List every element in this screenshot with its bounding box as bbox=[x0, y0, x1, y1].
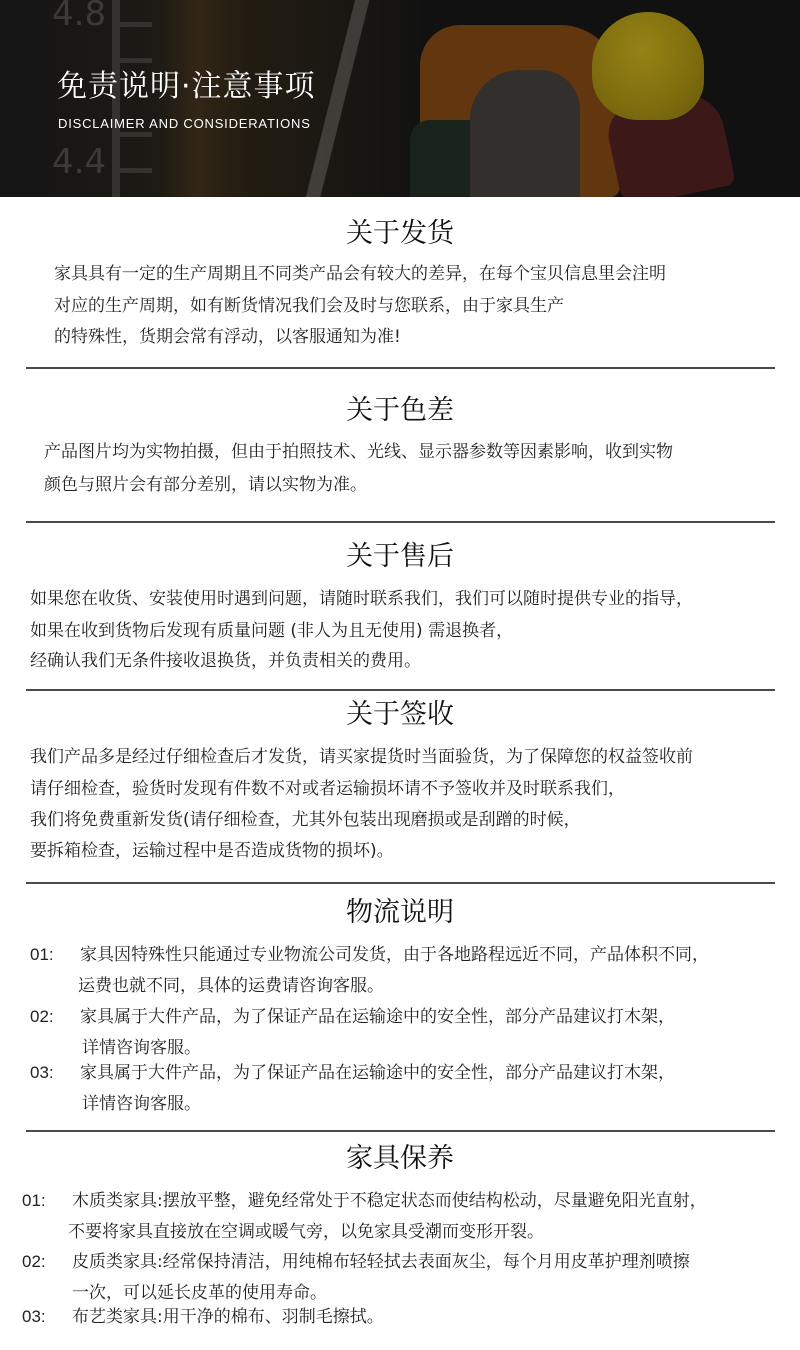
section-divider bbox=[26, 882, 775, 884]
section-title: 物流说明 bbox=[0, 896, 800, 930]
section-divider bbox=[26, 689, 775, 691]
list-item-line: 详情咨询客服。 bbox=[82, 1089, 201, 1119]
paragraph-line: 要拆箱检查，运输过程中是否造成货物的损坏)。 bbox=[30, 836, 394, 866]
section-title: 关于发货 bbox=[0, 217, 800, 251]
section-title: 家具保养 bbox=[0, 1142, 800, 1176]
paragraph-line: 家具具有一定的生产周期且不同类产品会有较大的差异，在每个宝贝信息里会注明 bbox=[54, 259, 666, 289]
section-divider bbox=[26, 367, 775, 369]
paragraph-line: 经确认我们无条件接收退换货，并负责相关的费用。 bbox=[30, 646, 421, 676]
list-item-number: 01: bbox=[22, 1186, 46, 1216]
list-item-line: 家具属于大件产品，为了保证产品在运输途中的安全性，部分产品建议打木架， bbox=[80, 1002, 675, 1032]
paragraph-line: 我们将免费重新发货(请仔细检查，尤其外包装出现磨损或是刮蹭的时候， bbox=[30, 805, 581, 835]
section-divider bbox=[26, 521, 775, 523]
paragraph-line: 的特殊性，货期会常有浮动，以客服通知为准! bbox=[54, 322, 401, 352]
list-item-line: 木质类家具:摆放平整，避免经常处于不稳定状态而使结构松动，尽量避免阳光直射， bbox=[72, 1186, 707, 1216]
paragraph-line: 我们产品多是经过仔细检查后才发货，请买家提货时当面验货，为了保障您的权益签收前 bbox=[30, 742, 693, 772]
section-title: 关于签收 bbox=[0, 698, 800, 732]
paragraph-line: 产品图片均为实物拍摄，但由于拍照技术、光线、显示器参数等因素影响，收到实物 bbox=[44, 437, 673, 467]
page-subtitle: DISCLAIMER AND CONSIDERATIONS bbox=[58, 116, 311, 132]
section-title: 关于色差 bbox=[0, 394, 800, 428]
list-item-number: 01: bbox=[30, 940, 54, 970]
list-item-number: 03: bbox=[30, 1058, 54, 1088]
list-item-line: 运费也就不同，具体的运费请咨询客服。 bbox=[78, 971, 384, 1001]
section-divider bbox=[26, 1130, 775, 1132]
list-item-line: 家具因特殊性只能通过专业物流公司发货，由于各地路程远近不同，产品体积不同， bbox=[80, 940, 709, 970]
section-title: 关于售后 bbox=[0, 540, 800, 574]
paragraph-line: 如果您在收货、安装使用时遇到问题，请随时联系我们，我们可以随时提供专业的指导， bbox=[30, 584, 693, 614]
paragraph-line: 如果在收到货物后发现有质量问题 (非人为且无使用) 需退换者， bbox=[30, 616, 513, 646]
list-item-line: 皮质类家具:经常保持清洁，用纯棉布轻轻拭去表面灰尘，每个月用皮革护理剂喷擦 bbox=[72, 1247, 690, 1277]
list-item-line: 布艺类家具:用干净的棉布、羽制毛擦拭。 bbox=[72, 1302, 384, 1332]
paragraph-line: 对应的生产周期，如有断货情况我们会及时与您联系，由于家具生产 bbox=[54, 291, 564, 321]
header-banner: 4.8 4.4 免责说明·注意事项 DISCLAIMER AND CONSIDE… bbox=[0, 0, 800, 197]
list-item-number: 03: bbox=[22, 1302, 46, 1332]
paragraph-line: 颜色与照片会有部分差别，请以实物为准。 bbox=[44, 470, 367, 500]
list-item-number: 02: bbox=[30, 1002, 54, 1032]
list-item-number: 02: bbox=[22, 1247, 46, 1277]
page-title: 免责说明·注意事项 bbox=[57, 67, 316, 107]
list-item-line: 不要将家具直接放在空调或暖气旁，以免家具受潮而变形开裂。 bbox=[68, 1217, 544, 1247]
paragraph-line: 请仔细检查，验货时发现有件数不对或者运输损坏请不予签收并及时联系我们， bbox=[30, 774, 625, 804]
list-item-line: 家具属于大件产品，为了保证产品在运输途中的安全性，部分产品建议打木架， bbox=[80, 1058, 675, 1088]
